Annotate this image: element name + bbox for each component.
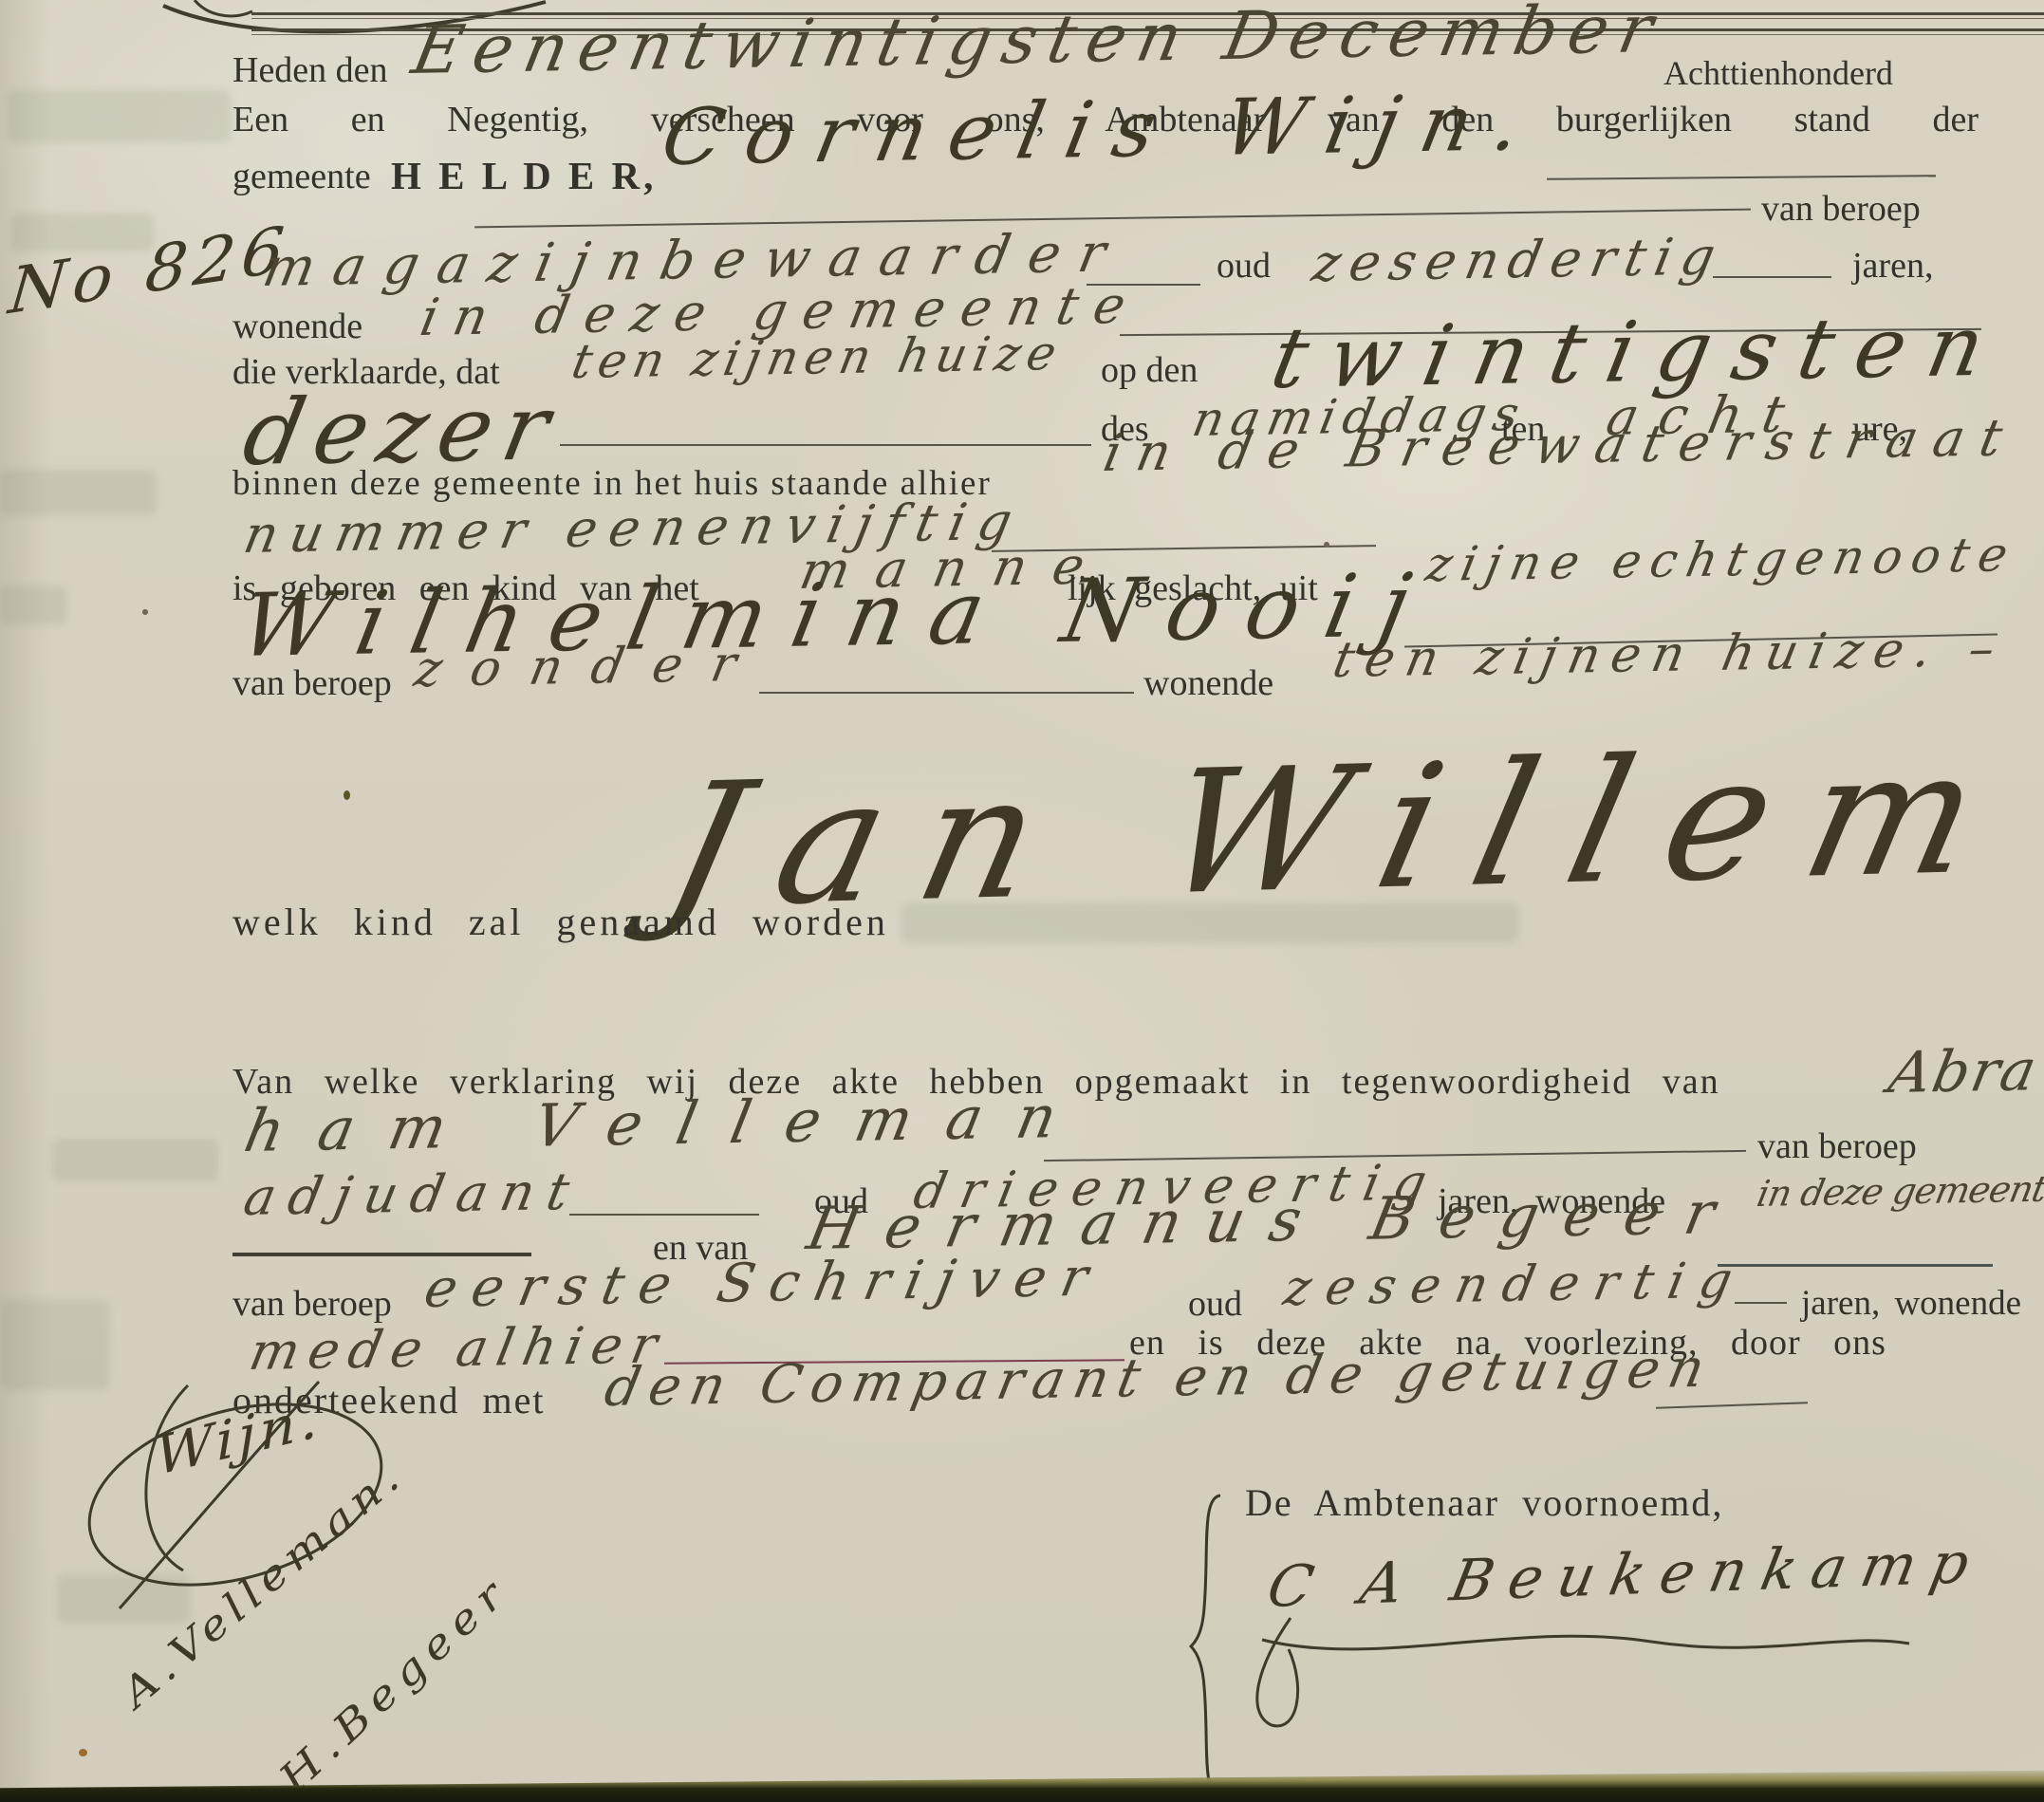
printed-achttienhonderd: Achttienhonderd [1663,53,1893,93]
printed-gemeente: gemeente [232,156,371,197]
ruled-line [560,444,1091,446]
bleed-through-text [8,90,231,142]
ruled-line [232,1253,531,1256]
ruled-line [759,692,1134,694]
printed-oud-1: oud [1217,245,1271,287]
hw-witness1-residence: in deze gemeente [1754,1167,2044,1215]
hw-witness1-occupation: adjudant [239,1161,587,1227]
hw-date: Eenentwintigsten December [406,0,1671,89]
hw-at-home: ten zijnen huize [567,325,1068,389]
bleed-through-text [0,586,66,624]
ruled-line [1735,1302,1787,1304]
ruled-line [1718,1264,1993,1267]
printed-wonende-1: wonende [232,306,362,347]
printed-oud-3: oud [1188,1283,1242,1325]
printed-op-den: op den [1101,349,1198,391]
hw-spouse-phrase: zijne echtgenoote [1422,527,2022,592]
hw-age: zesendertig [1308,226,1730,293]
ink-speck [142,609,148,615]
printed-van-beroep-4: van beroep [232,1283,392,1325]
hw-mother-name: Wilhelmina Nooij [232,554,1444,677]
printed-jaren-1: jaren, [1852,245,1933,287]
printed-year-words: Een en Negentig, [232,100,588,139]
hw-signed-with: den Comparant en de getuigen [600,1338,1719,1419]
printed-jaren-wonende-2: jaren, wonende [1801,1283,2021,1324]
hw-mother-residence: ten zijnen huize. – [1329,621,2011,689]
printed-van-beroep-1: van beroep [1761,188,1921,230]
printed-heden-den: Heden den [232,49,388,91]
signature-underline-icon [1234,1613,1917,1746]
hw-witness2-occupation: eerste Schrijver [419,1247,1108,1320]
ruled-line [1713,276,1831,278]
printed-van-beroep-3: van beroep [1757,1125,1917,1167]
hw-mother-occupation: zonder [410,636,771,698]
ruled-line [569,1214,759,1216]
printed-van-beroep-2: van beroep [232,662,392,704]
ruled-line [1547,175,1936,180]
signature-registrar: C A Beukenkamp [1262,1530,1990,1621]
bleed-through-text [0,470,157,515]
ink-speck [344,790,350,800]
printed-wonende-2: wonende [1143,662,1273,704]
ink-speck [79,1749,87,1756]
hw-declarant-name: Cornelis Wijn. [655,78,1551,183]
gemeente-name: H E L D E R, [391,153,657,198]
ruled-line [1656,1402,1808,1409]
hw-witness1-part2: ham Velleman [239,1082,1098,1165]
hw-witness2-age: zesendertig [1279,1253,1752,1317]
ink-speck [1324,542,1329,548]
birth-certificate-page: No 826 Heden den Eenentwintigsten Decemb… [0,0,2044,1802]
bleed-through-text [52,1139,218,1181]
printed-welk-kind: welk kind zal genaamd worden [232,900,889,944]
brace-icon [1188,1492,1234,1800]
hw-witness1-part1: Abra [1884,1037,2043,1106]
printed-de-ambtenaar: De Ambtenaar voornoemd, [1245,1480,1723,1525]
